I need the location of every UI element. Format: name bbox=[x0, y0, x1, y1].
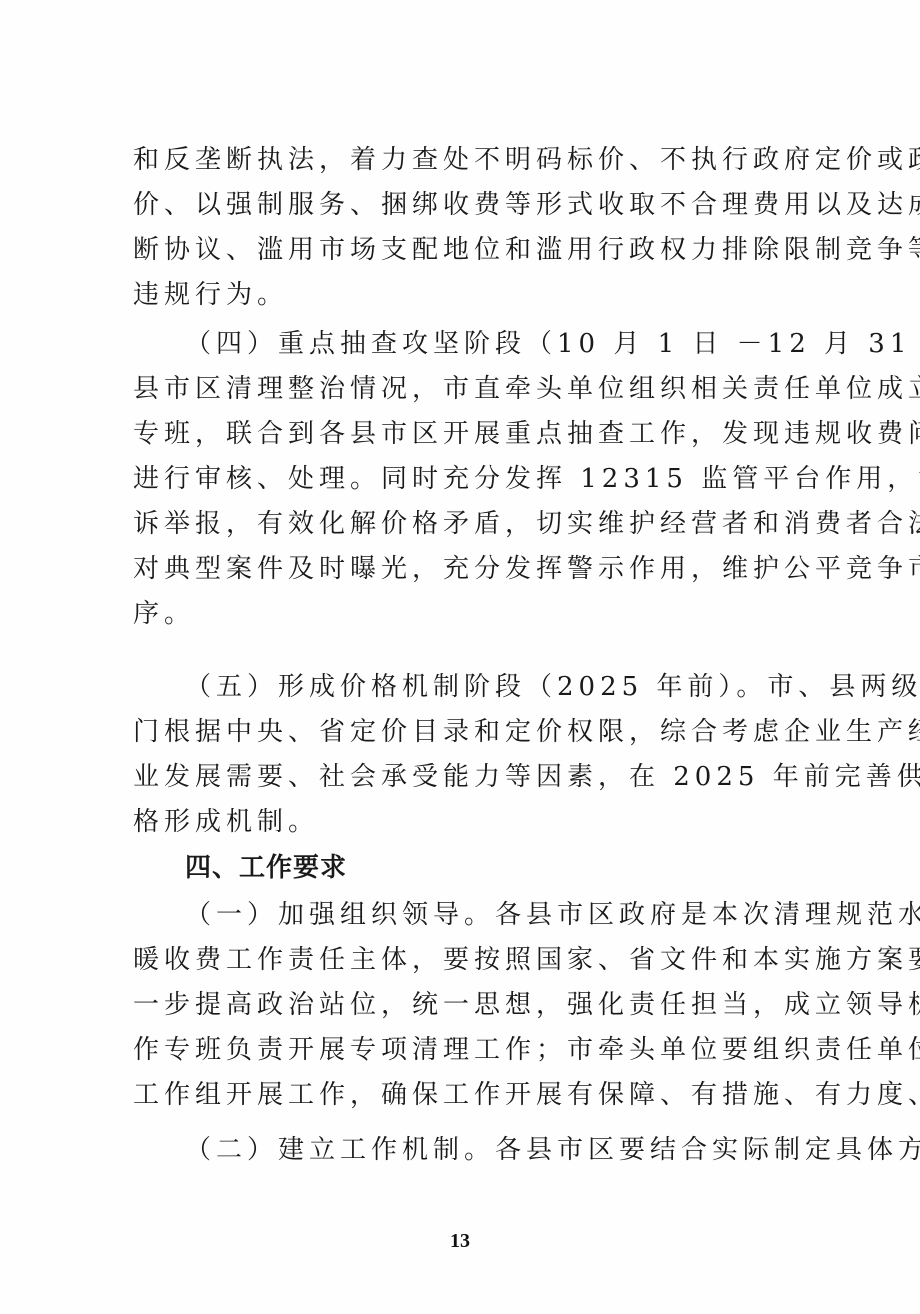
text-line: 进行审核、处理。同时充分发挥 12315 监管平台作用，认真受理投 bbox=[133, 462, 823, 496]
text-line: 断协议、滥用市场支配地位和滥用行政权力排除限制竞争等违法 bbox=[133, 233, 823, 267]
text-line: 专班，联合到各县市区开展重点抽查工作，发现违规收费问题及时 bbox=[133, 417, 823, 451]
text-line: 门根据中央、省定价目录和定价权限，综合考虑企业生产经营及行 bbox=[133, 715, 823, 749]
section-heading: 四、工作要求 bbox=[185, 851, 823, 885]
text-line: 价、以强制服务、捆绑收费等形式收取不合理费用以及达成实施垄 bbox=[133, 188, 823, 222]
text-line: 诉举报，有效化解价格矛盾，切实维护经营者和消费者合法权益。 bbox=[133, 507, 823, 541]
page-number: 13 bbox=[0, 1230, 920, 1253]
text-line: 作专班负责开展专项清理工作；市牵头单位要组织责任单位成立 bbox=[133, 1033, 823, 1067]
text-line: 格形成机制。 bbox=[133, 805, 823, 839]
text-line: 和反垄断执法，着力查处不明码标价、不执行政府定价或政府指导 bbox=[133, 143, 823, 177]
text-line: 违规行为。 bbox=[133, 278, 823, 312]
text-line: 业发展需要、社会承受能力等因素，在 2025 年前完善供水、配气价 bbox=[133, 760, 823, 794]
document-page: 和反垄断执法，着力查处不明码标价、不执行政府定价或政府指导 价、以强制服务、捆绑… bbox=[0, 0, 920, 1314]
paragraph-req-1-first-line: （一）加强组织领导。各县市区政府是本次清理规范水电气 bbox=[185, 898, 823, 932]
paragraph-stage-4-first-line: （四）重点抽查攻坚阶段（10 月 1 日 －12 月 31 日）。根据各 bbox=[185, 327, 823, 361]
text-line: 工作组开展工作，确保工作开展有保障、有措施、有力度、有成效。 bbox=[133, 1078, 823, 1112]
text-line: 暖收费工作责任主体，要按照国家、省文件和本实施方案要求，进 bbox=[133, 943, 823, 977]
paragraph-stage-5-first-line: （五）形成价格机制阶段（2025 年前）。市、县两级价格主管部 bbox=[185, 670, 823, 704]
text-line: 一步提高政治站位，统一思想，强化责任担当，成立领导机构和工 bbox=[133, 988, 823, 1022]
paragraph-req-2-first-line: （二）建立工作机制。各县市区要结合实际制定具体方案，每 bbox=[185, 1133, 823, 1167]
text-line: 序。 bbox=[133, 597, 823, 631]
text-line: 县市区清理整治情况，市直牵头单位组织相关责任单位成立工作 bbox=[133, 372, 823, 406]
text-line: 对典型案件及时曝光，充分发挥警示作用，维护公平竞争市场秩 bbox=[133, 552, 823, 586]
